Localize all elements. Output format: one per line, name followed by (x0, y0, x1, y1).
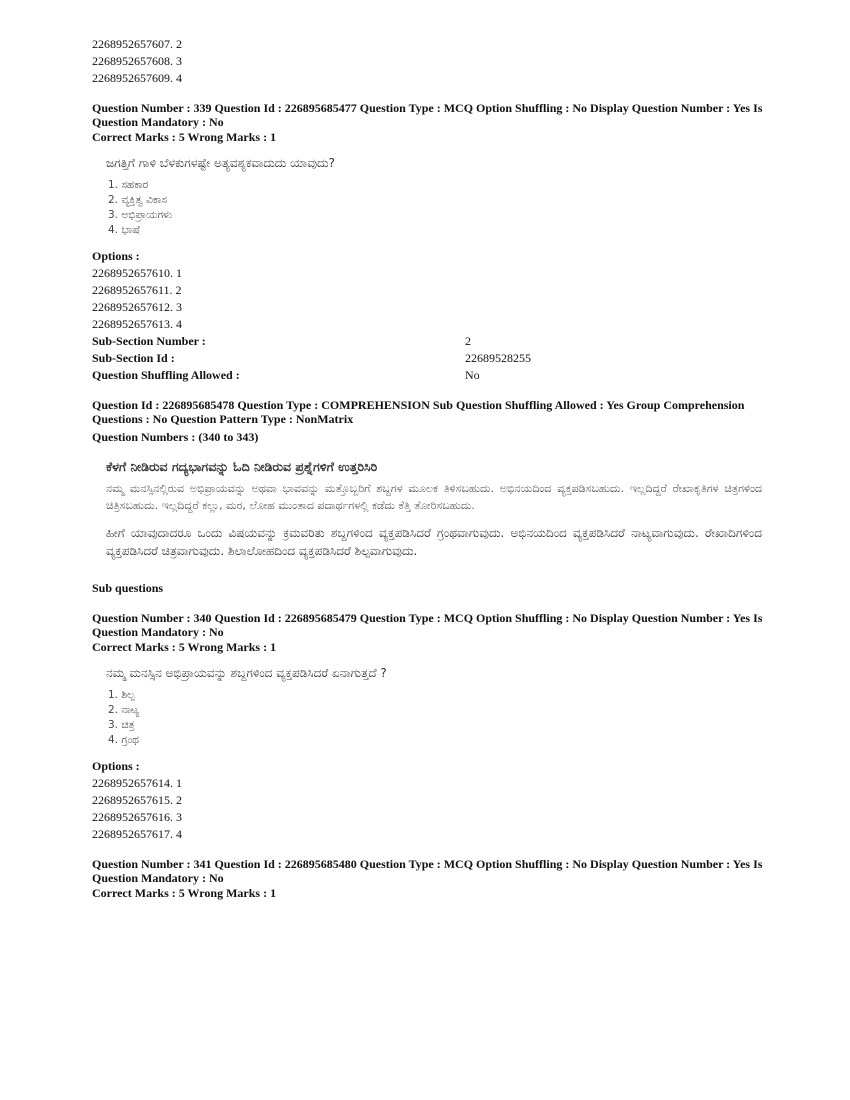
option-id: 2268952657617. 4 (92, 826, 762, 843)
choice-item: 4. ಭಾಷೆ (108, 223, 762, 238)
options-label: Options : (92, 758, 762, 775)
marks-line: Correct Marks : 5 Wrong Marks : 1 (92, 129, 762, 146)
options-list: 2268952657614. 1 2268952657615. 2 226895… (92, 775, 762, 843)
comprehension-instruction: ಕೆಳಗೆ ನೀಡಿರುವ ಗದ್ಯಭಾಗವನ್ನು ಓದಿ ನೀಡಿರುವ ಪ… (92, 458, 762, 475)
sub-questions-label: Sub questions (92, 580, 762, 597)
comprehension-meta: Question Id : 226895685478 Question Type… (92, 398, 764, 426)
marks-line: Correct Marks : 5 Wrong Marks : 1 (92, 885, 762, 902)
subsection-row: Question Shuffling Allowed : No (92, 367, 762, 384)
option-id: 2268952657611. 2 (92, 282, 762, 299)
question-meta: Question Number : 341 Question Id : 2268… (92, 857, 764, 885)
comprehension-block: Question Id : 226895685478 Question Type… (92, 398, 762, 597)
option-id: 2268952657607. 2 (92, 36, 762, 53)
choice-item: 4. ಗ್ರಂಥ (108, 733, 762, 748)
subsection-value: 22689528255 (465, 350, 762, 367)
subsection-key: Sub-Section Number : (92, 333, 465, 350)
subsection-row: Sub-Section Number : 2 (92, 333, 762, 350)
subsection-row: Sub-Section Id : 22689528255 (92, 350, 762, 367)
choice-list: 1. ಶಿಲ್ಪ 2. ನಾಟ್ಯ 3. ಚಿತ್ರ 4. ಗ್ರಂಥ (92, 688, 762, 748)
subsection-key: Question Shuffling Allowed : (92, 367, 465, 384)
option-id: 2268952657616. 3 (92, 809, 762, 826)
comprehension-meta-line: Question Id : 226895685478 Question Type… (92, 398, 764, 412)
choice-item: 1. ಶಿಲ್ಪ (108, 688, 762, 703)
subsection-info: Sub-Section Number : 2 Sub-Section Id : … (92, 333, 762, 384)
question-text: ಜಗತ್ತಿಗೆ ಗಾಳಿ ಬೆಳಕುಗಳಷ್ಟೇ ಅತ್ಯವಶ್ಯಕವಾದುದ… (92, 154, 762, 172)
comprehension-passage-2: ಹೀಗೆ ಯಾವುದಾದರೂ ಒಂದು ವಿಷಯವನ್ನು ಕ್ರಮವರಿತು … (92, 524, 762, 560)
options-list: 2268952657610. 1 2268952657611. 2 226895… (92, 265, 762, 333)
option-id: 2268952657613. 4 (92, 316, 762, 333)
question-text: ನಮ್ಮ ಮನಸ್ಸಿನ ಅಭಿಪ್ರಾಯವನ್ನು ಶಬ್ದಗಳಿಂದ ವ್ಯ… (92, 664, 762, 682)
choice-item: 2. ನಾಟ್ಯ (108, 703, 762, 718)
choice-item: 2. ವ್ಯಕ್ತಿತ್ವ ವಿಕಾಸ (108, 193, 762, 208)
option-id: 2268952657610. 1 (92, 265, 762, 282)
question-meta: Question Number : 340 Question Id : 2268… (92, 611, 764, 639)
question-meta-line: Question Mandatory : No (92, 625, 764, 639)
question-339: Question Number : 339 Question Id : 2268… (92, 101, 762, 333)
choice-item: 3. ಅಭಿಪ್ರಾಯಗಳು (108, 208, 762, 223)
question-meta-line: Question Number : 340 Question Id : 2268… (92, 611, 764, 625)
option-id: 2268952657609. 4 (92, 70, 762, 87)
choice-item: 3. ಚಿತ್ರ (108, 718, 762, 733)
subsection-value: 2 (465, 333, 762, 350)
comprehension-passage-1: ನಮ್ಮ ಮನಸ್ಸಿನಲ್ಲಿರುವ ಅಭಿಪ್ರಾಯವನ್ನು ಅಥವಾ ಭ… (92, 481, 762, 514)
question-meta-line: Question Number : 339 Question Id : 2268… (92, 101, 764, 115)
previous-options-list: 2268952657607. 2 2268952657608. 3 226895… (92, 36, 762, 87)
subsection-value: No (465, 367, 762, 384)
option-id: 2268952657612. 3 (92, 299, 762, 316)
option-id: 2268952657615. 2 (92, 792, 762, 809)
question-341: Question Number : 341 Question Id : 2268… (92, 857, 762, 902)
marks-line: Correct Marks : 5 Wrong Marks : 1 (92, 639, 762, 656)
document-page: 2268952657607. 2 2268952657608. 3 226895… (92, 36, 762, 902)
comprehension-meta-line: Questions : No Question Pattern Type : N… (92, 412, 764, 426)
question-340: Question Number : 340 Question Id : 2268… (92, 611, 762, 843)
option-id: 2268952657614. 1 (92, 775, 762, 792)
question-meta-line: Question Mandatory : No (92, 871, 764, 885)
choice-list: 1. ಸಹಕಾರ 2. ವ್ಯಕ್ತಿತ್ವ ವಿಕಾಸ 3. ಅಭಿಪ್ರಾಯ… (92, 178, 762, 238)
subsection-key: Sub-Section Id : (92, 350, 465, 367)
question-meta: Question Number : 339 Question Id : 2268… (92, 101, 764, 129)
question-meta-line: Question Mandatory : No (92, 115, 764, 129)
choice-item: 1. ಸಹಕಾರ (108, 178, 762, 193)
question-meta-line: Question Number : 341 Question Id : 2268… (92, 857, 764, 871)
question-numbers: Question Numbers : (340 to 343) (92, 429, 762, 446)
option-id: 2268952657608. 3 (92, 53, 762, 70)
options-label: Options : (92, 248, 762, 265)
